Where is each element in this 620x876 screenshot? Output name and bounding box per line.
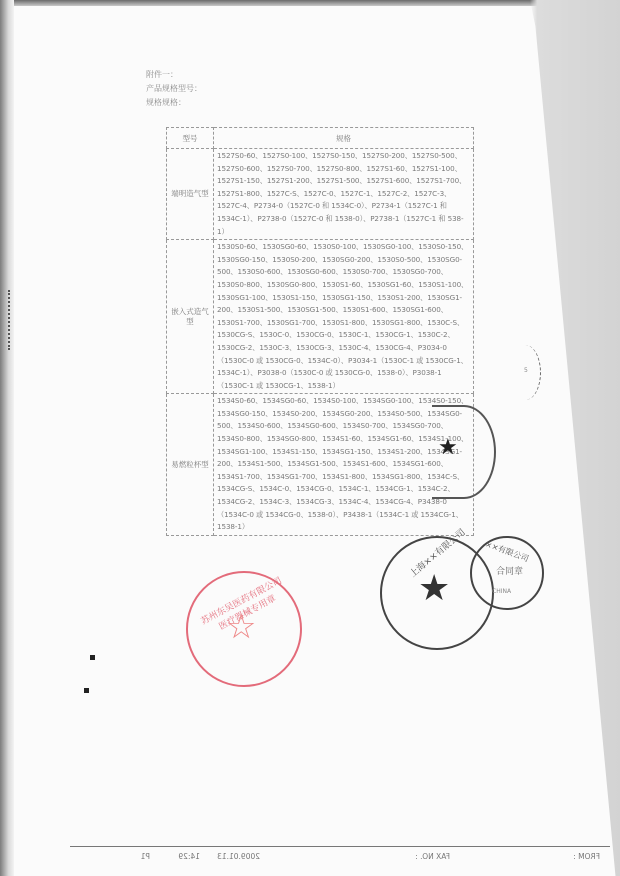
small-company-seal: ××有限公司 合同章 CHINA [470, 536, 544, 610]
row-type: 端明造气型 [167, 149, 214, 240]
bullet-mark [84, 688, 89, 693]
fax-number: FAX NO. : [415, 852, 450, 861]
table-row: 端明造气型 1527S0-60、1527S0-100、1527S0-150、15… [167, 149, 474, 240]
product-spec-label: 产品规格型号： [146, 82, 202, 96]
bullet-mark [90, 655, 95, 660]
spec-table: 型号 规格 端明造气型 1527S0-60、1527S0-100、1527S0-… [166, 127, 474, 536]
spec-label: 规格规格： [146, 96, 202, 110]
star-icon: ☆ [226, 607, 256, 647]
small-seal-mid: 合同章 [496, 564, 523, 577]
star-icon: ★ [418, 568, 450, 609]
seal-overlap-table: ★ [432, 405, 496, 499]
fax-from: FROM : [573, 852, 600, 861]
scan-edge-top [0, 0, 620, 6]
fax-page: P1 [141, 852, 150, 861]
scanned-page: 附件一： 产品规格型号： 规格规格： 型号 规格 端明造气型 1527S0-60… [0, 0, 620, 876]
fax-date: 2009.01.13 [217, 852, 260, 861]
star-icon: ★ [438, 435, 458, 460]
red-company-seal: 苏州东吴医药有限公司 医疗器械专用章 ☆ [186, 571, 302, 687]
row-type: 易燃粒杯型 [167, 394, 214, 536]
fax-header-mirrored: FROM : FAX NO. : 2009.01.13 14:29 P1 [80, 852, 600, 866]
footer-rule [70, 846, 610, 847]
header-spec: 规格 [214, 128, 474, 149]
row-type: 嵌入式造气型 [167, 240, 214, 394]
margin-mark: 5 [524, 367, 528, 374]
table-row: 嵌入式造气型 1530S0-60、1530SG0-60、1530S0-100、1… [167, 240, 474, 394]
table-header-row: 型号 规格 [167, 128, 474, 149]
scan-edge-right [530, 0, 620, 876]
table-row: 易燃粒杯型 1534S0-60、1534SG0-60、1534S0-100、15… [167, 394, 474, 536]
fax-time: 14:29 [178, 852, 200, 861]
partial-seal-arc: 5 [510, 345, 541, 400]
header-type: 型号 [167, 128, 214, 149]
document-header: 附件一： 产品规格型号： 规格规格： [146, 68, 202, 110]
scan-edge-left [0, 0, 14, 876]
row-specs: 1527S0-60、1527S0-100、1527S0-150、1527S0-2… [214, 149, 474, 240]
row-specs: 1530S0-60、1530SG0-60、1530S0-100、1530SG0-… [214, 240, 474, 394]
attachment-label: 附件一： [146, 68, 202, 82]
small-seal-label: CHINA [492, 588, 511, 595]
punch-marks [8, 290, 12, 350]
